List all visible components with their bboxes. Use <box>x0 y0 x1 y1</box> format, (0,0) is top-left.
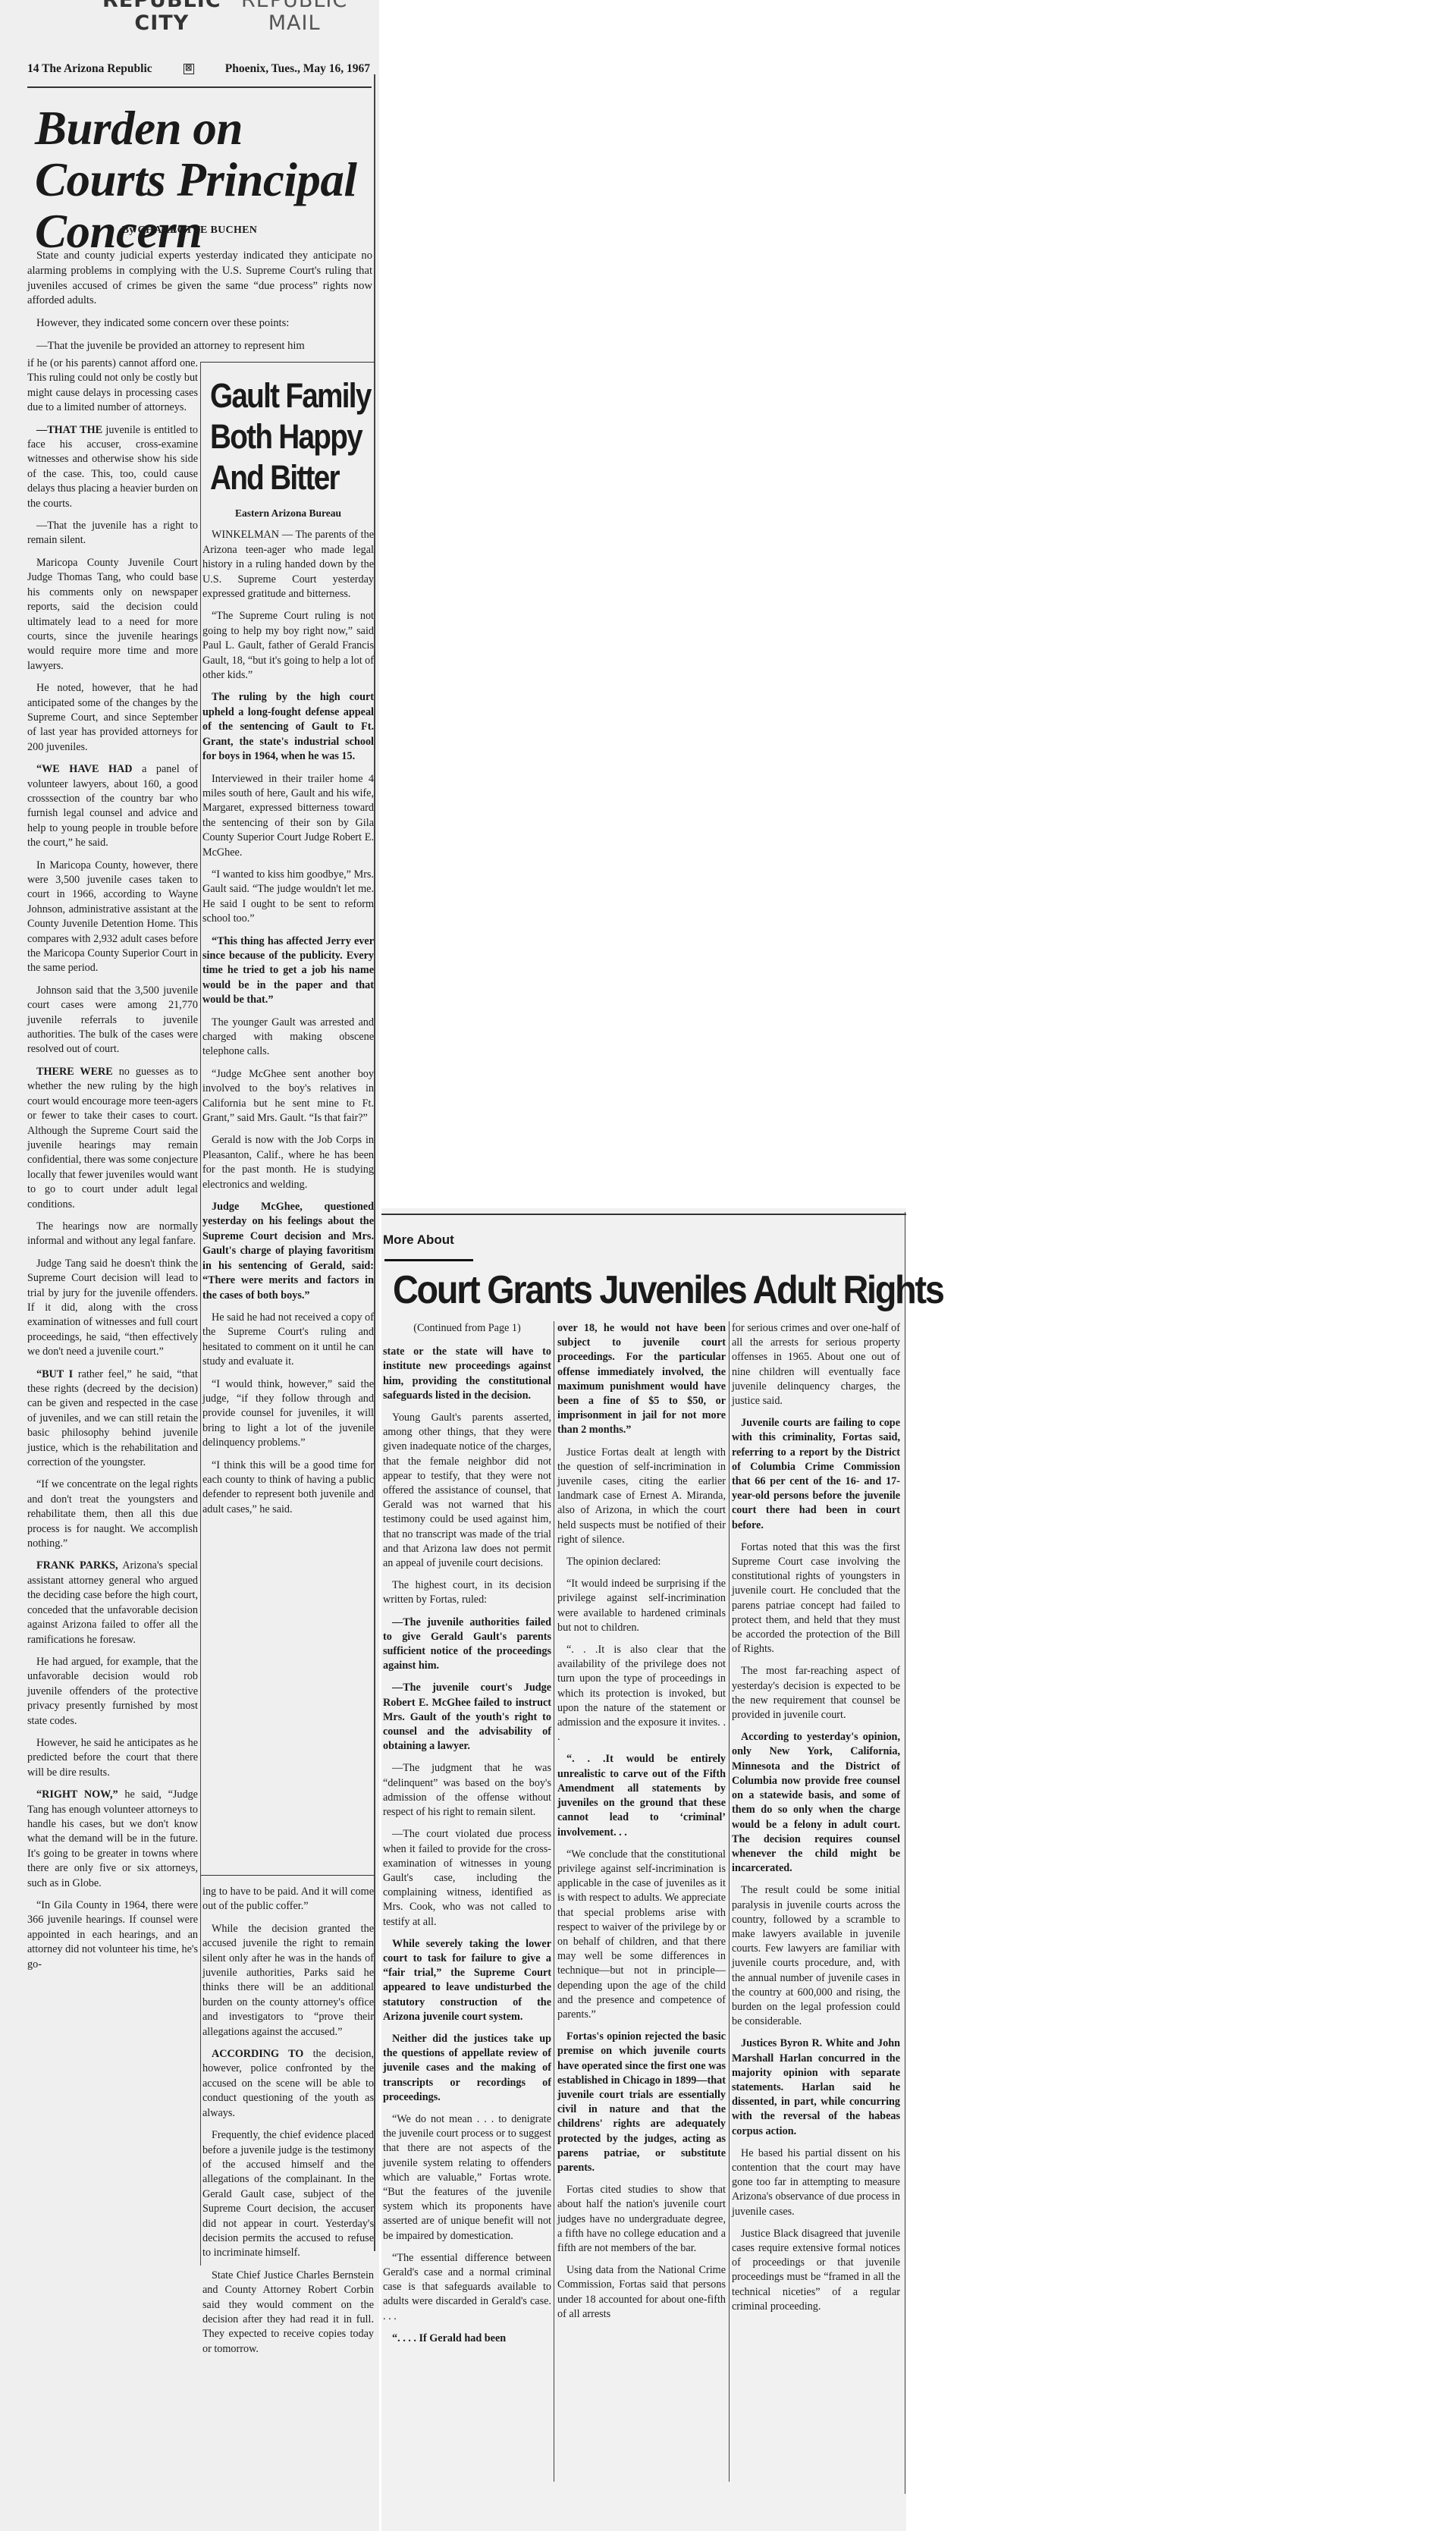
paragraph: Judge Tang said he doesn't think the Sup… <box>27 1257 198 1360</box>
paragraph: “I think this will be a good time for ea… <box>202 1459 374 1518</box>
edition-box-icon: ☒ <box>184 64 194 74</box>
paragraph: According to yesterday's opinion, only N… <box>732 1730 900 1876</box>
sidebar-headline: Gault Family Both Happy And Bitter <box>210 375 351 498</box>
stamp-text: REPUBLIC <box>241 0 347 12</box>
paragraph: “I wanted to kiss him goodbye,” Mrs. Gau… <box>202 868 374 927</box>
paragraph: FRANK PARKS, Arizona's special assistant… <box>27 1559 198 1647</box>
paragraph: “. . .It would be entirely unrealistic t… <box>557 1752 726 1839</box>
paragraph: Fortas cited studies to show that about … <box>557 2183 726 2256</box>
paragraph: —That the juvenile has a right to remain… <box>27 519 198 548</box>
column-divider <box>554 1321 554 2482</box>
article2-kicker: More About <box>383 1233 454 1248</box>
paragraph: The result could be some initial paralys… <box>732 1883 900 2029</box>
stamp-text: CITY <box>102 12 221 35</box>
intro-paragraph: However, they indicated some concern ove… <box>27 316 372 331</box>
sidebar-bottom-rule <box>201 1875 374 1876</box>
paragraph: “WE HAVE HAD a panel of volunteer lawyer… <box>27 762 198 850</box>
paragraph: “This thing has affected Jerry ever sinc… <box>202 934 374 1008</box>
paragraph: The opinion declared: <box>557 1555 726 1569</box>
paragraph: Interviewed in their trailer home 4 mile… <box>202 772 374 860</box>
paragraph: “If we concentrate on the legal rights a… <box>27 1477 198 1551</box>
paragraph: state or the state will have to institut… <box>383 1345 551 1403</box>
paragraph: While severely taking the lower court to… <box>383 1937 551 2024</box>
paragraph: Johnson said that the 3,500 juvenile cou… <box>27 984 198 1057</box>
paragraph: He had argued, for example, that the unf… <box>27 1655 198 1729</box>
paragraph-lead: “BUT I <box>36 1368 73 1380</box>
continued-note: (Continued from Page 1) <box>383 1321 551 1336</box>
sidebar-top-rule <box>201 362 374 363</box>
paragraph: ing to have to be paid. And it will come… <box>202 1885 374 1914</box>
headline-line: Gault Family <box>210 375 351 416</box>
stamp-republic-city: REPUBLIC CITY <box>102 0 221 35</box>
paragraph: —The juvenile authorities failed to give… <box>383 1616 551 1674</box>
paragraph: Fortas noted that this was the first Sup… <box>732 1540 900 1657</box>
stamp-republic-mail: REPUBLIC MAIL <box>241 0 347 35</box>
article2-column-2: over 18, he would not have been subject … <box>557 1321 726 2329</box>
paragraph: The most far-reaching aspect of yesterda… <box>732 1664 900 1722</box>
paragraph: Gerald is now with the Job Corps in Plea… <box>202 1133 374 1192</box>
paragraph: —THAT THE juvenile is entitled to face h… <box>27 423 198 511</box>
sidebar-border <box>200 362 201 2266</box>
paragraph: He said he had not received a copy of th… <box>202 1311 374 1370</box>
intro-paragraph: —That the juvenile be provided an attorn… <box>27 339 372 354</box>
article1-byline: By CHARLOTTE BUCHEN <box>0 225 379 237</box>
paragraph: Judge McGhee, questioned yesterday on hi… <box>202 1200 374 1303</box>
paragraph: “BUT I rather feel,” he said, “that thes… <box>27 1368 198 1471</box>
paragraph: —The juvenile court's Judge Robert E. Mc… <box>383 1681 551 1754</box>
archive-stamps: REPUBLIC CITY REPUBLIC MAIL <box>0 0 379 55</box>
paragraph: Justice Fortas dealt at length with the … <box>557 1446 726 1547</box>
paragraph: WINKELMAN — The parents of the Arizona t… <box>202 528 374 601</box>
paragraph: “I would think, however,” said the judge… <box>202 1377 374 1451</box>
paragraph: Frequently, the chief evidence placed be… <box>202 2128 374 2261</box>
folio-rule <box>27 86 372 88</box>
paragraph: if he (or his parents) cannot afford one… <box>27 356 198 416</box>
paragraph: However, he said he anticipates as he pr… <box>27 1736 198 1780</box>
paragraph: Justice Black disagreed that juvenile ca… <box>732 2227 900 2314</box>
paragraph: The hearings now are normally informal a… <box>27 1220 198 1249</box>
paragraph: “We do not mean . . . to denigrate the j… <box>383 2112 551 2244</box>
paragraph-lead: FRANK PARKS, <box>36 1559 118 1572</box>
paragraph: —The court violated due process when it … <box>383 1827 551 1929</box>
paragraph-lead: THERE WERE <box>36 1066 113 1078</box>
folio-dateline: Phoenix, Tues., May 16, 1967 <box>225 62 370 76</box>
paragraph: “It would indeed be surprising if the pr… <box>557 1577 726 1635</box>
article2-column-1: (Continued from Page 1) state or the sta… <box>383 1321 551 2354</box>
paragraph: ACCORDING TO the decision, however, poli… <box>202 2047 374 2121</box>
column-border <box>374 74 375 2251</box>
paragraph: “RIGHT NOW,” he said, “Judge Tang has en… <box>27 1788 198 1891</box>
paragraph: “In Gila County in 1964, there were 366 … <box>27 1898 198 1972</box>
paragraph: “. . . . If Gerald had been <box>383 2332 551 2346</box>
paragraph: Using data from the National Crime Commi… <box>557 2263 726 2322</box>
paragraph: The highest court, in its decision writt… <box>383 1578 551 1607</box>
article1-continuation: ing to have to be paid. And it will come… <box>202 1885 374 2364</box>
paragraph: In Maricopa County, however, there were … <box>27 859 198 976</box>
sidebar-body: WINKELMAN — The parents of the Arizona t… <box>202 528 374 1517</box>
kicker-underline <box>384 1259 473 1261</box>
paragraph: While the decision granted the accused j… <box>202 1922 374 2040</box>
article2-headline: Court Grants Juveniles Adult Rights <box>393 1265 857 1315</box>
paragraph: Justices Byron R. White and John Marshal… <box>732 2036 900 2138</box>
paragraph-lead: “WE HAVE HAD <box>36 763 133 775</box>
article1-column: if he (or his parents) cannot afford one… <box>27 356 198 1980</box>
paragraph: THERE WERE no guesses as to whether the … <box>27 1065 198 1212</box>
sidebar-gault-family: Gault Family Both Happy And Bitter Easte… <box>202 375 374 1525</box>
paragraph-lead: “RIGHT NOW,” <box>36 1788 118 1801</box>
paragraph: He based his partial dissent on his cont… <box>732 2146 900 2219</box>
paragraph: “Judge McGhee sent another boy involved … <box>202 1067 374 1126</box>
paragraph: Maricopa County Juvenile Court Judge Tho… <box>27 556 198 674</box>
paragraph: “. . .It is also clear that the availabi… <box>557 1643 726 1744</box>
article2-column-3: for serious crimes and over one-half of … <box>732 1321 900 2322</box>
paragraph: The younger Gault was arrested and charg… <box>202 1016 374 1060</box>
paragraph: State Chief Justice Charles Bernstein an… <box>202 2269 374 2357</box>
page-folio: 14 The Arizona Republic ☒ Phoenix, Tues.… <box>27 62 370 76</box>
paragraph: for serious crimes and over one-half of … <box>732 1321 900 1408</box>
article1-intro: State and county judicial experts yester… <box>27 249 372 354</box>
headline-line: And Bitter <box>210 457 351 498</box>
paragraph-lead: —THAT THE <box>36 424 102 436</box>
article2-right-border <box>905 1212 905 2494</box>
paragraph: “The essential difference between Gerald… <box>383 2251 551 2324</box>
paragraph: The ruling by the high court upheld a lo… <box>202 690 374 764</box>
paragraph: “The Supreme Court ruling is not going t… <box>202 609 374 683</box>
stamp-text: REPUBLIC <box>102 0 221 12</box>
paragraph: “We conclude that the constitutional pri… <box>557 1848 726 2022</box>
paragraph: —The judgment that he was “delinquent” w… <box>383 1761 551 1820</box>
paragraph: He noted, however, that he had anticipat… <box>27 681 198 755</box>
paragraph: over 18, he would not have been subject … <box>557 1321 726 1438</box>
headline-line: Both Happy <box>210 416 351 457</box>
article2-top-rule <box>381 1214 906 1215</box>
paragraph: Neither did the justices take up the que… <box>383 2032 551 2105</box>
intro-paragraph: State and county judicial experts yester… <box>27 249 372 309</box>
paragraph: Young Gault's parents asserted, among ot… <box>383 1411 551 1571</box>
paragraph: Juvenile courts are failing to cope with… <box>732 1416 900 1533</box>
folio-paper: 14 The Arizona Republic <box>27 62 152 76</box>
paragraph: Fortas's opinion rejected the basic prem… <box>557 2030 726 2175</box>
column-divider <box>729 1321 730 2482</box>
sidebar-bureau: Eastern Arizona Bureau <box>202 506 374 520</box>
stamp-text: MAIL <box>241 12 347 35</box>
paragraph-lead: ACCORDING TO <box>212 2048 303 2060</box>
